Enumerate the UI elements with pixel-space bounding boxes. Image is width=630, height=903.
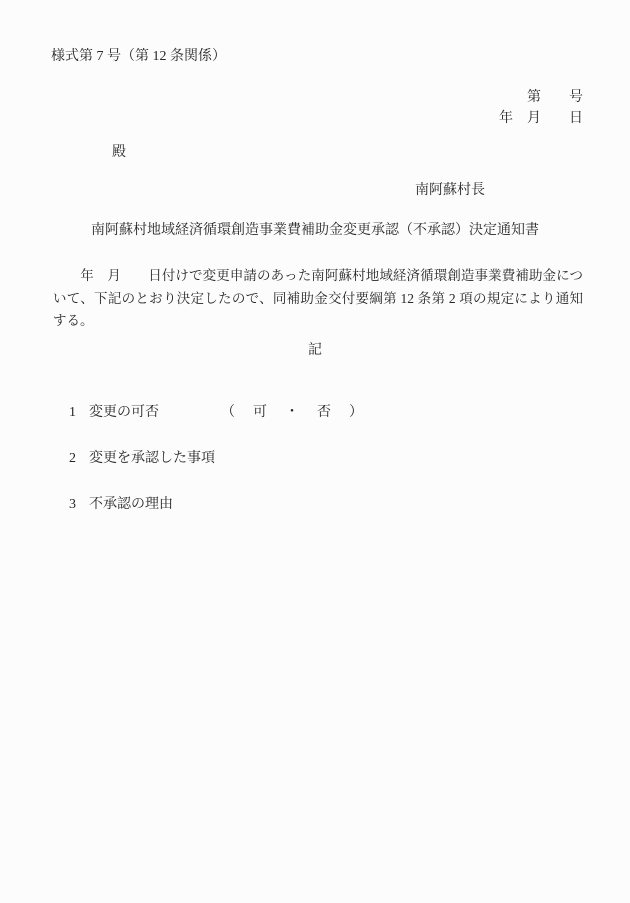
item-label: 変更を承認した事項 (89, 451, 215, 466)
date-line: 年 月 日 (499, 109, 583, 128)
item-detail-yes-no: （ 可 ・ 否 ） (221, 405, 365, 420)
item-number: 3 (69, 495, 89, 514)
body-paragraph: 年 月 日付けで変更申請のあった南阿蘇村地域経済循環創造事業費補助金について、下… (53, 265, 583, 333)
form-number-label: 様式第 7 号（第 12 条関係） (51, 47, 226, 66)
list-item-rejection-reason: 3不承認の理由 (55, 476, 173, 533)
sender-title: 南阿蘇村長 (415, 181, 485, 200)
document-number-line: 第 号 (527, 88, 583, 107)
document-title: 南阿蘇村地域経済循環創造事業費補助金変更承認（不承認）決定通知書 (0, 221, 630, 240)
item-label: 変更の可否 (89, 405, 159, 420)
record-marker: 記 (0, 341, 630, 360)
item-number: 2 (69, 449, 89, 468)
addressee-honorific: 殿 (112, 143, 126, 162)
item-number: 1 (69, 403, 89, 422)
item-label: 不承認の理由 (89, 497, 173, 512)
document-page: 様式第 7 号（第 12 条関係） 第 号 年 月 日 殿 南阿蘇村長 南阿蘇村… (0, 0, 630, 903)
